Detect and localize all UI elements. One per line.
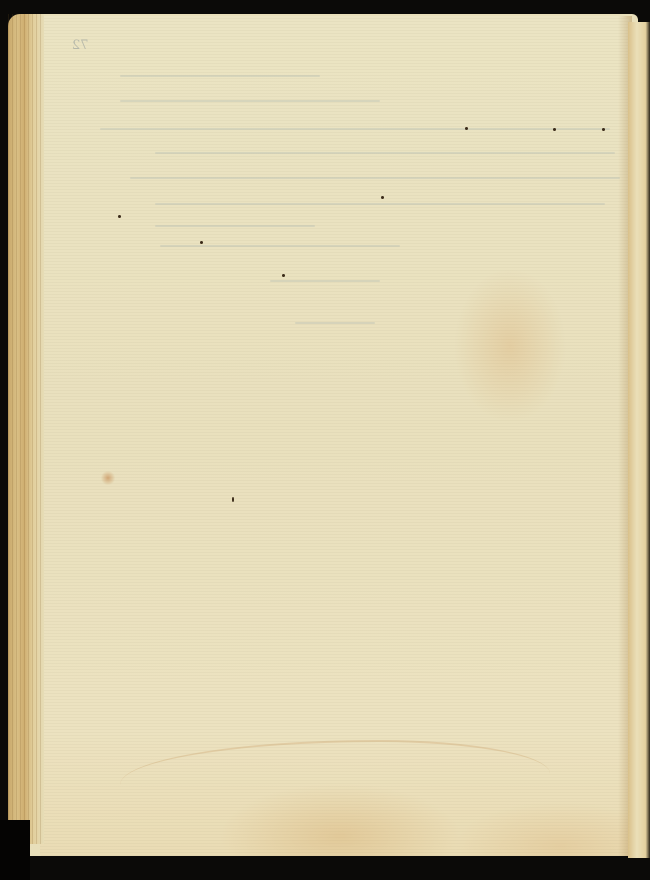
bleed-through-line <box>295 322 375 324</box>
ink-speck <box>602 128 605 131</box>
bleed-through-line <box>120 75 320 77</box>
bleed-through-line <box>155 203 605 205</box>
ink-speck <box>200 241 203 244</box>
bleed-through-handwriting <box>0 0 650 880</box>
ink-speck <box>232 497 234 502</box>
ink-speck <box>465 127 468 130</box>
manuscript-scan: 72 <box>0 0 650 880</box>
ink-speck <box>381 196 384 199</box>
ink-speck <box>118 215 121 218</box>
bleed-through-line <box>155 225 315 227</box>
bleed-through-line <box>270 280 380 282</box>
bleed-through-line <box>160 245 400 247</box>
bleed-through-line <box>100 128 610 130</box>
bleed-through-line <box>130 177 620 179</box>
bleed-through-line <box>155 152 615 154</box>
bleed-through-line <box>120 100 380 102</box>
ink-speck <box>282 274 285 277</box>
ink-speck <box>553 128 556 131</box>
